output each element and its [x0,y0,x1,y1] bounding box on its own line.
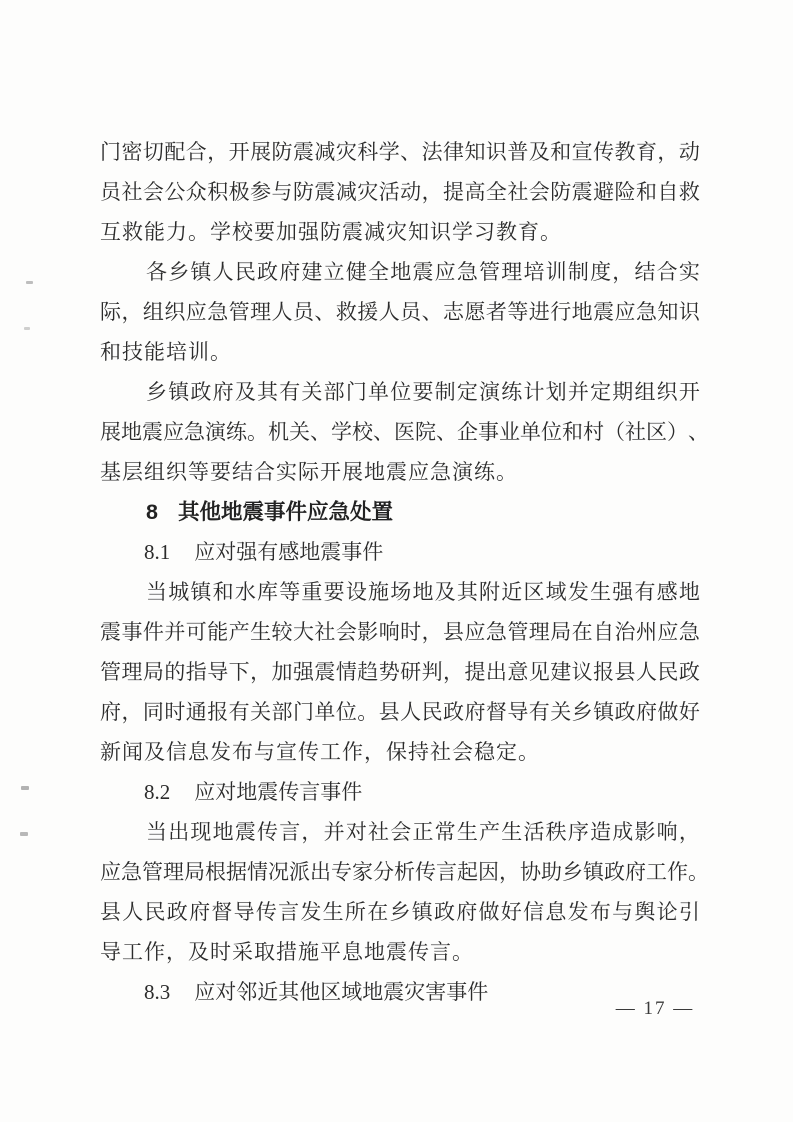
text-line: 县人民政府督导传言发生所在乡镇政府做好信息发布与舆论引 [100,892,700,932]
scanned-document-page: 门密切配合，开展防震减灾科学、法律知识普及和宣传教育，动 员社会公众积极参与防震… [0,0,793,1122]
text-line: 际，组织应急管理人员、救援人员、志愿者等进行地震应急知识 [100,292,700,332]
section-8-2-number: 8.2 [144,780,170,804]
page-number: — 17 — [612,998,698,1020]
text-line: 管理局的指导下，加强震情趋势研判，提出意见建议报县人民政 [100,652,700,692]
text-line: 门密切配合，开展防震减灾科学、法律知识普及和宣传教育，动 [100,132,700,172]
section-8-3-title: 应对邻近其他区域地震灾害事件 [194,980,488,1004]
section-8-1-title: 应对强有感地震事件 [194,540,383,564]
scan-artifact-speck [24,327,30,330]
text-line: 展地震应急演练。机关、学校、医院、企事业单位和村（社区）、 [100,412,700,452]
section-8-heading: 8其他地震事件应急处置 [100,492,700,532]
section-8-1-heading: 8.1应对强有感地震事件 [100,532,700,572]
section-8-3-number: 8.3 [144,980,170,1004]
section-8-title: 其他地震事件应急处置 [178,500,393,524]
text-line: 新闻及信息发布与宣传工作，保持社会稳定。 [100,732,700,772]
text-line: 各乡镇人民政府建立健全地震应急管理培训制度，结合实 [100,252,700,292]
document-body: 门密切配合，开展防震减灾科学、法律知识普及和宣传教育，动 员社会公众积极参与防震… [100,132,700,1012]
scan-artifact-speck [26,281,33,284]
text-line: 当出现地震传言，并对社会正常生产生活秩序造成影响， [100,812,700,852]
text-line: 员社会公众积极参与防震减灾活动，提高全社会防震避险和自救 [100,172,700,212]
text-line: 当城镇和水库等重要设施场地及其附近区域发生强有感地 [100,572,700,612]
text-line: 导工作，及时采取措施平息地震传言。 [100,932,700,972]
scan-artifact-speck [20,832,28,836]
text-line: 府，同时通报有关部门单位。县人民政府督导有关乡镇政府做好 [100,692,700,732]
section-8-2-title: 应对地震传言事件 [194,780,362,804]
section-8-3-heading: 8.3应对邻近其他区域地震灾害事件 [100,972,700,1012]
text-line: 应急管理局根据情况派出专家分析传言起因，协助乡镇政府工作。 [100,852,700,892]
section-8-number: 8 [146,500,158,524]
text-line: 震事件并可能产生较大社会影响时，县应急管理局在自治州应急 [100,612,700,652]
scan-artifact-speck [21,786,29,790]
text-line: 基层组织等要结合实际开展地震应急演练。 [100,452,700,492]
text-line: 和技能培训。 [100,332,700,372]
section-8-2-heading: 8.2应对地震传言事件 [100,772,700,812]
text-line: 乡镇政府及其有关部门单位要制定演练计划并定期组织开 [100,372,700,412]
text-line: 互救能力。学校要加强防震减灾知识学习教育。 [100,212,700,252]
section-8-1-number: 8.1 [144,540,170,564]
